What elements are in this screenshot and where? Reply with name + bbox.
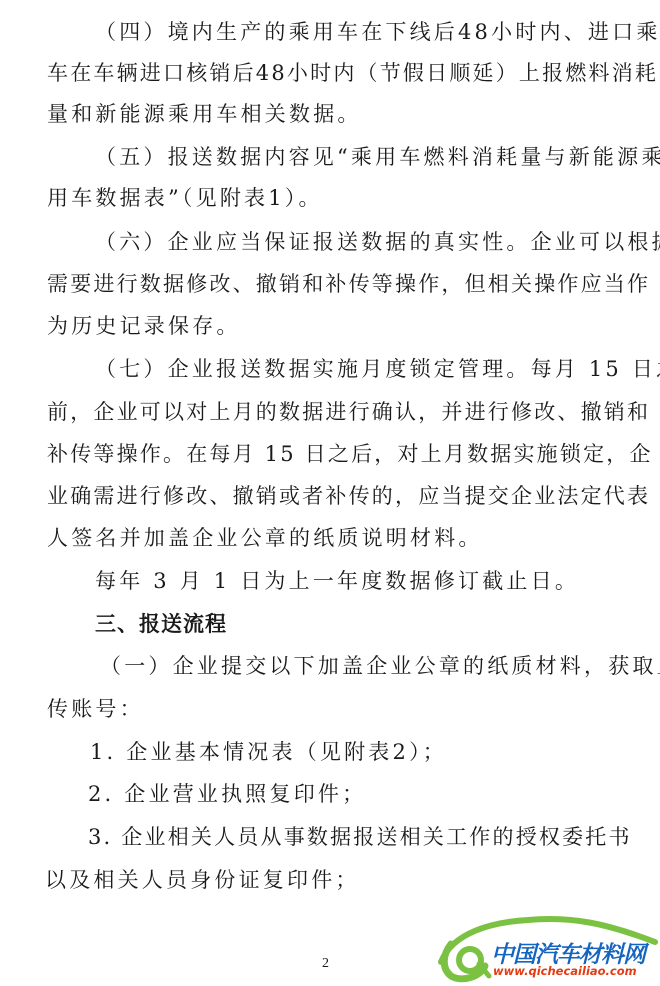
line-8: （七）企业报送数据实施月度锁定管理。每月 15 日之	[95, 356, 660, 382]
list-item-1: 1. 企业基本情况表（见附表2）；	[90, 739, 660, 765]
line-16: 传账号：	[47, 696, 617, 722]
line-9: 前，企业可以对上月的数据进行确认，并进行修改、撤销和	[47, 399, 617, 425]
line-2: 量和新能源乘用车相关数据。	[47, 101, 617, 127]
watermark-logo: 中国汽车材料网 www.qichecailiao.com	[433, 902, 658, 984]
line-6: 需要进行数据修改、撤销和补传等操作，但相关操作应当作	[47, 271, 617, 297]
line-4: 用车数据表”（见附表1）。	[47, 185, 617, 211]
line-15: （一）企业提交以下加盖企业公章的纸质材料，获取上	[100, 653, 660, 679]
list-item-3: 3. 企业相关人员从事数据报送相关工作的授权委托书	[88, 824, 658, 850]
section-heading: 三、报送流程	[95, 611, 660, 637]
line-11: 业确需进行修改、撤销或者补传的，应当提交企业法定代表	[47, 483, 617, 509]
watermark-url: www.qichecailiao.com	[493, 964, 637, 978]
line-0: （四）境内生产的乘用车在下线后48小时内、进口乘用	[95, 19, 660, 45]
line-5: （六）企业应当保证报送数据的真实性。企业可以根据	[95, 229, 660, 255]
line-20: 以及相关人员身份证复印件；	[45, 867, 615, 893]
line-13: 每年 3 月 1 日为上一年度数据修订截止日。	[95, 568, 660, 594]
line-10: 补传等操作。在每月 15 日之后，对上月数据实施锁定，企	[47, 441, 617, 467]
line-12: 人签名并加盖企业公章的纸质说明材料。	[47, 525, 617, 551]
list-item-2: 2. 企业营业执照复印件；	[88, 781, 658, 807]
page-number: 2	[322, 956, 329, 972]
document-page: （四）境内生产的乘用车在下线后48小时内、进口乘用 车在车辆进口核销后48小时内…	[0, 0, 660, 986]
line-7: 为历史记录保存。	[47, 313, 617, 339]
line-1: 车在车辆进口核销后48小时内（节假日顺延）上报燃料消耗	[47, 60, 617, 86]
line-3: （五）报送数据内容见“乘用车燃料消耗量与新能源乘	[95, 144, 660, 170]
